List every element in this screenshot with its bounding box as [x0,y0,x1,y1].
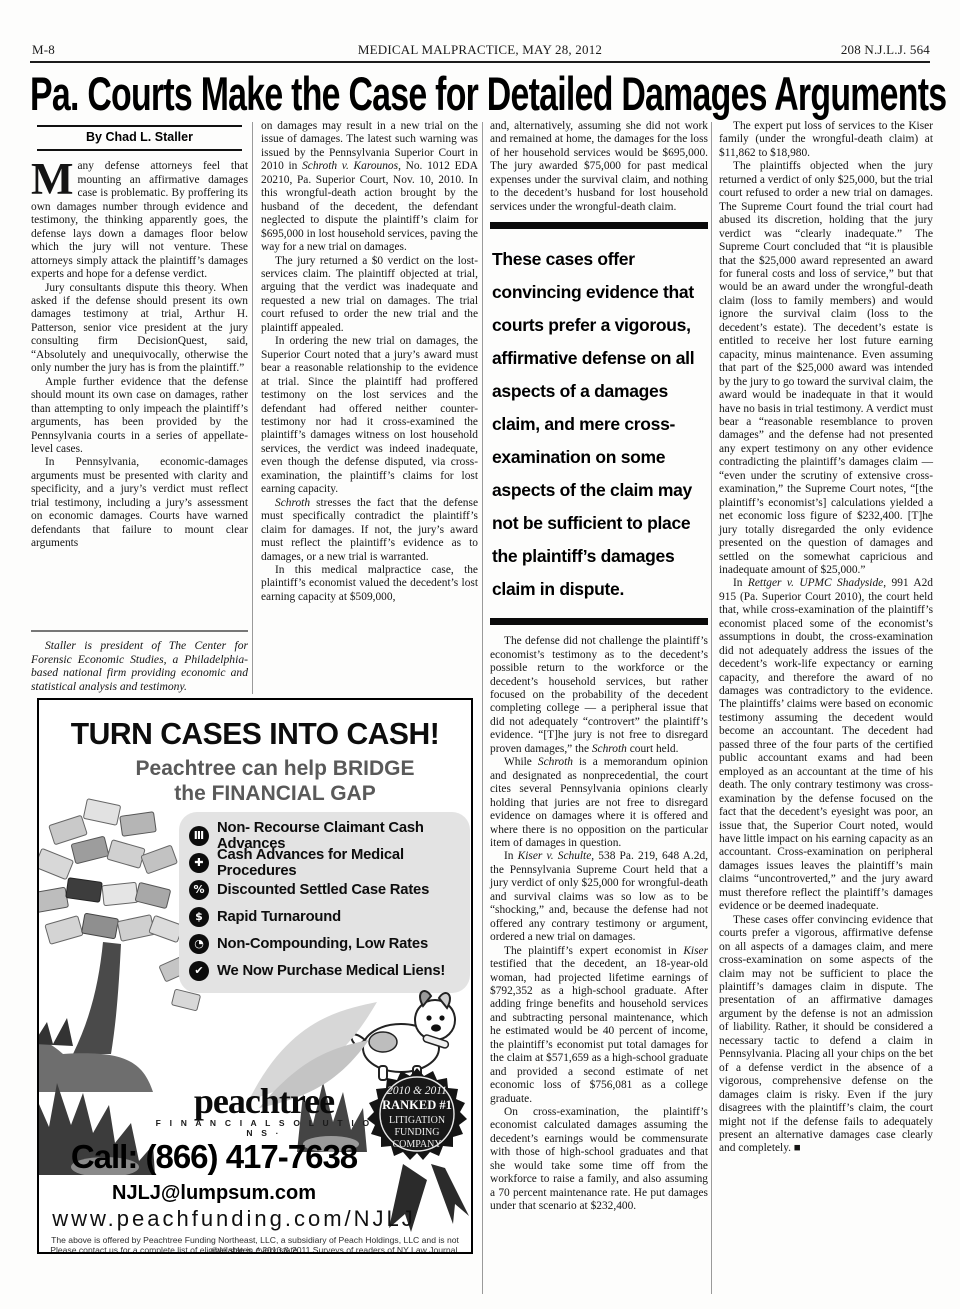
newspaper-page: M-8 MEDICAL MALPRACTICE, MAY 28, 2012 20… [0,0,960,1309]
masthead-rule [30,61,930,63]
article-column-2: on damages may result in a new trial on … [261,120,478,680]
article-column-3: and, alternatively, assuming she did not… [490,120,708,1298]
article-column-4: The expert put loss of services to the K… [719,120,933,1298]
badge-ranked: RANKED #1 [382,1098,452,1112]
paragraph: Schroth stresses the fact that the defen… [261,497,478,564]
paragraph: The expert put loss of services to the K… [719,120,933,160]
column-2-text: on damages may result in a new trial on … [261,120,478,604]
citation-header: 208 N.J.L.J. 564 [841,42,930,58]
paragraph: and, alternatively, assuming she did not… [490,120,708,214]
badge-company: COMPANY [392,1139,441,1150]
ad-benefit-item: ⅢNon- Recourse Claimant Cash Advances [189,822,462,849]
badge-litigation: LITIGATION [389,1115,445,1126]
ad-benefit-label: We Now Purchase Medical Liens! [217,963,445,979]
paragraph: Ample further evidence that the defense … [31,376,248,457]
medical-icon: ✚ [189,853,209,873]
author-bio: Staller is president of The Center for F… [31,630,248,694]
ad-headline: TURN CASES INTO CASH! [45,716,464,752]
badge-years: 2010 & 2011 [387,1085,447,1097]
discount-icon: % [189,880,209,900]
article-headline: Pa. Courts Make the Case for Detailed Da… [30,66,946,121]
paragraph: Jury consultants dispute this theory. Wh… [31,282,248,376]
badge-funding: FUNDING [395,1127,440,1138]
ad-subhead-line1: Peachtree can help BRIDGE [99,757,451,781]
paragraph: The plaintiff’s expert economist in Kise… [490,945,708,1106]
paragraph: The jury returned a $0 verdict on the lo… [261,255,478,336]
column-1-text: Many defense attorneys feel that mountin… [31,160,248,550]
paragraph: on damages may result in a new trial on … [261,120,478,255]
paragraph: These cases offer convincing evidence th… [719,914,933,1156]
paragraph: In this medical malpractice case, the pl… [261,564,478,604]
ad-benefit-item: $Rapid Turnaround [189,903,462,930]
ad-website-url: www.peachfunding.com/NJLJ [39,1206,429,1232]
peachtree-logo-name: peachtree [149,1084,379,1118]
paragraph: The plaintiffs objected when the jury re… [719,160,933,577]
peachtree-logo-tagline: F I N A N C I A L S O L U T I O N S · [149,1118,379,1138]
check-icon: ✔ [189,961,209,981]
ad-benefit-label: Non-Compounding, Low Rates [217,936,428,952]
peachtree-logo: peachtree F I N A N C I A L S O L U T I … [149,1084,379,1138]
paragraph: The defense did not challenge the plaint… [490,635,708,756]
ad-benefit-item: ◔Non-Compounding, Low Rates [189,930,462,957]
article-column-1: By Chad L. Staller Many defense attorney… [31,120,248,694]
ad-benefit-item: %Discounted Settled Case Rates [189,876,462,903]
paragraph: Many defense attorneys feel that mountin… [31,160,248,281]
ad-benefit-label: Cash Advances for Medical Procedures [217,847,462,879]
money-bag-icon: $ [189,907,209,927]
bank-icon: Ⅲ [189,826,209,846]
paragraph: In Pennsylvania, economic-damages argume… [31,456,248,550]
paragraph: While Schroth is a memorandum opinion an… [490,756,708,850]
column-3-bottom-text: The defense did not challenge the plaint… [490,635,708,1213]
column-rule [482,122,483,1294]
ad-benefits-panel: ⅢNon- Recourse Claimant Cash Advances✚Ca… [179,812,470,993]
byline: By Chad L. Staller [37,125,242,151]
clock-icon: ◔ [189,934,209,954]
ad-benefit-label: Discounted Settled Case Rates [217,882,429,898]
paragraph: In Rettger v. UPMC Shadyside, 991 A2d 91… [719,577,933,913]
peachtree-advertisement: TURN CASES INTO CASH! Peachtree can help… [37,698,473,1254]
ad-fine-print-line2: Please contact us for a complete list of… [49,1245,461,1254]
column-3-top-text: and, alternatively, assuming she did not… [490,120,708,214]
section-header: MEDICAL MALPRACTICE, MAY 28, 2012 [0,42,960,58]
column-rule [711,122,712,1294]
ad-email: NJLJ@lumpsum.com [39,1182,389,1205]
paragraph: In Kiser v. Schulte, 538 Pa. 219, 648 A.… [490,850,708,944]
paragraph: On cross-examination, the plaintiff’s ec… [490,1106,708,1214]
column-rule [252,122,253,694]
paragraph: In ordering the new trial on damages, th… [261,335,478,496]
ad-benefit-label: Rapid Turnaround [217,909,341,925]
ad-phone-number: Call: (866) 417-7638 [39,1138,389,1176]
ad-benefit-item: ✚Cash Advances for Medical Procedures [189,849,462,876]
column-4-text: The expert put loss of services to the K… [719,120,933,1156]
pull-quote: These cases offer convincing evidence th… [490,222,708,625]
